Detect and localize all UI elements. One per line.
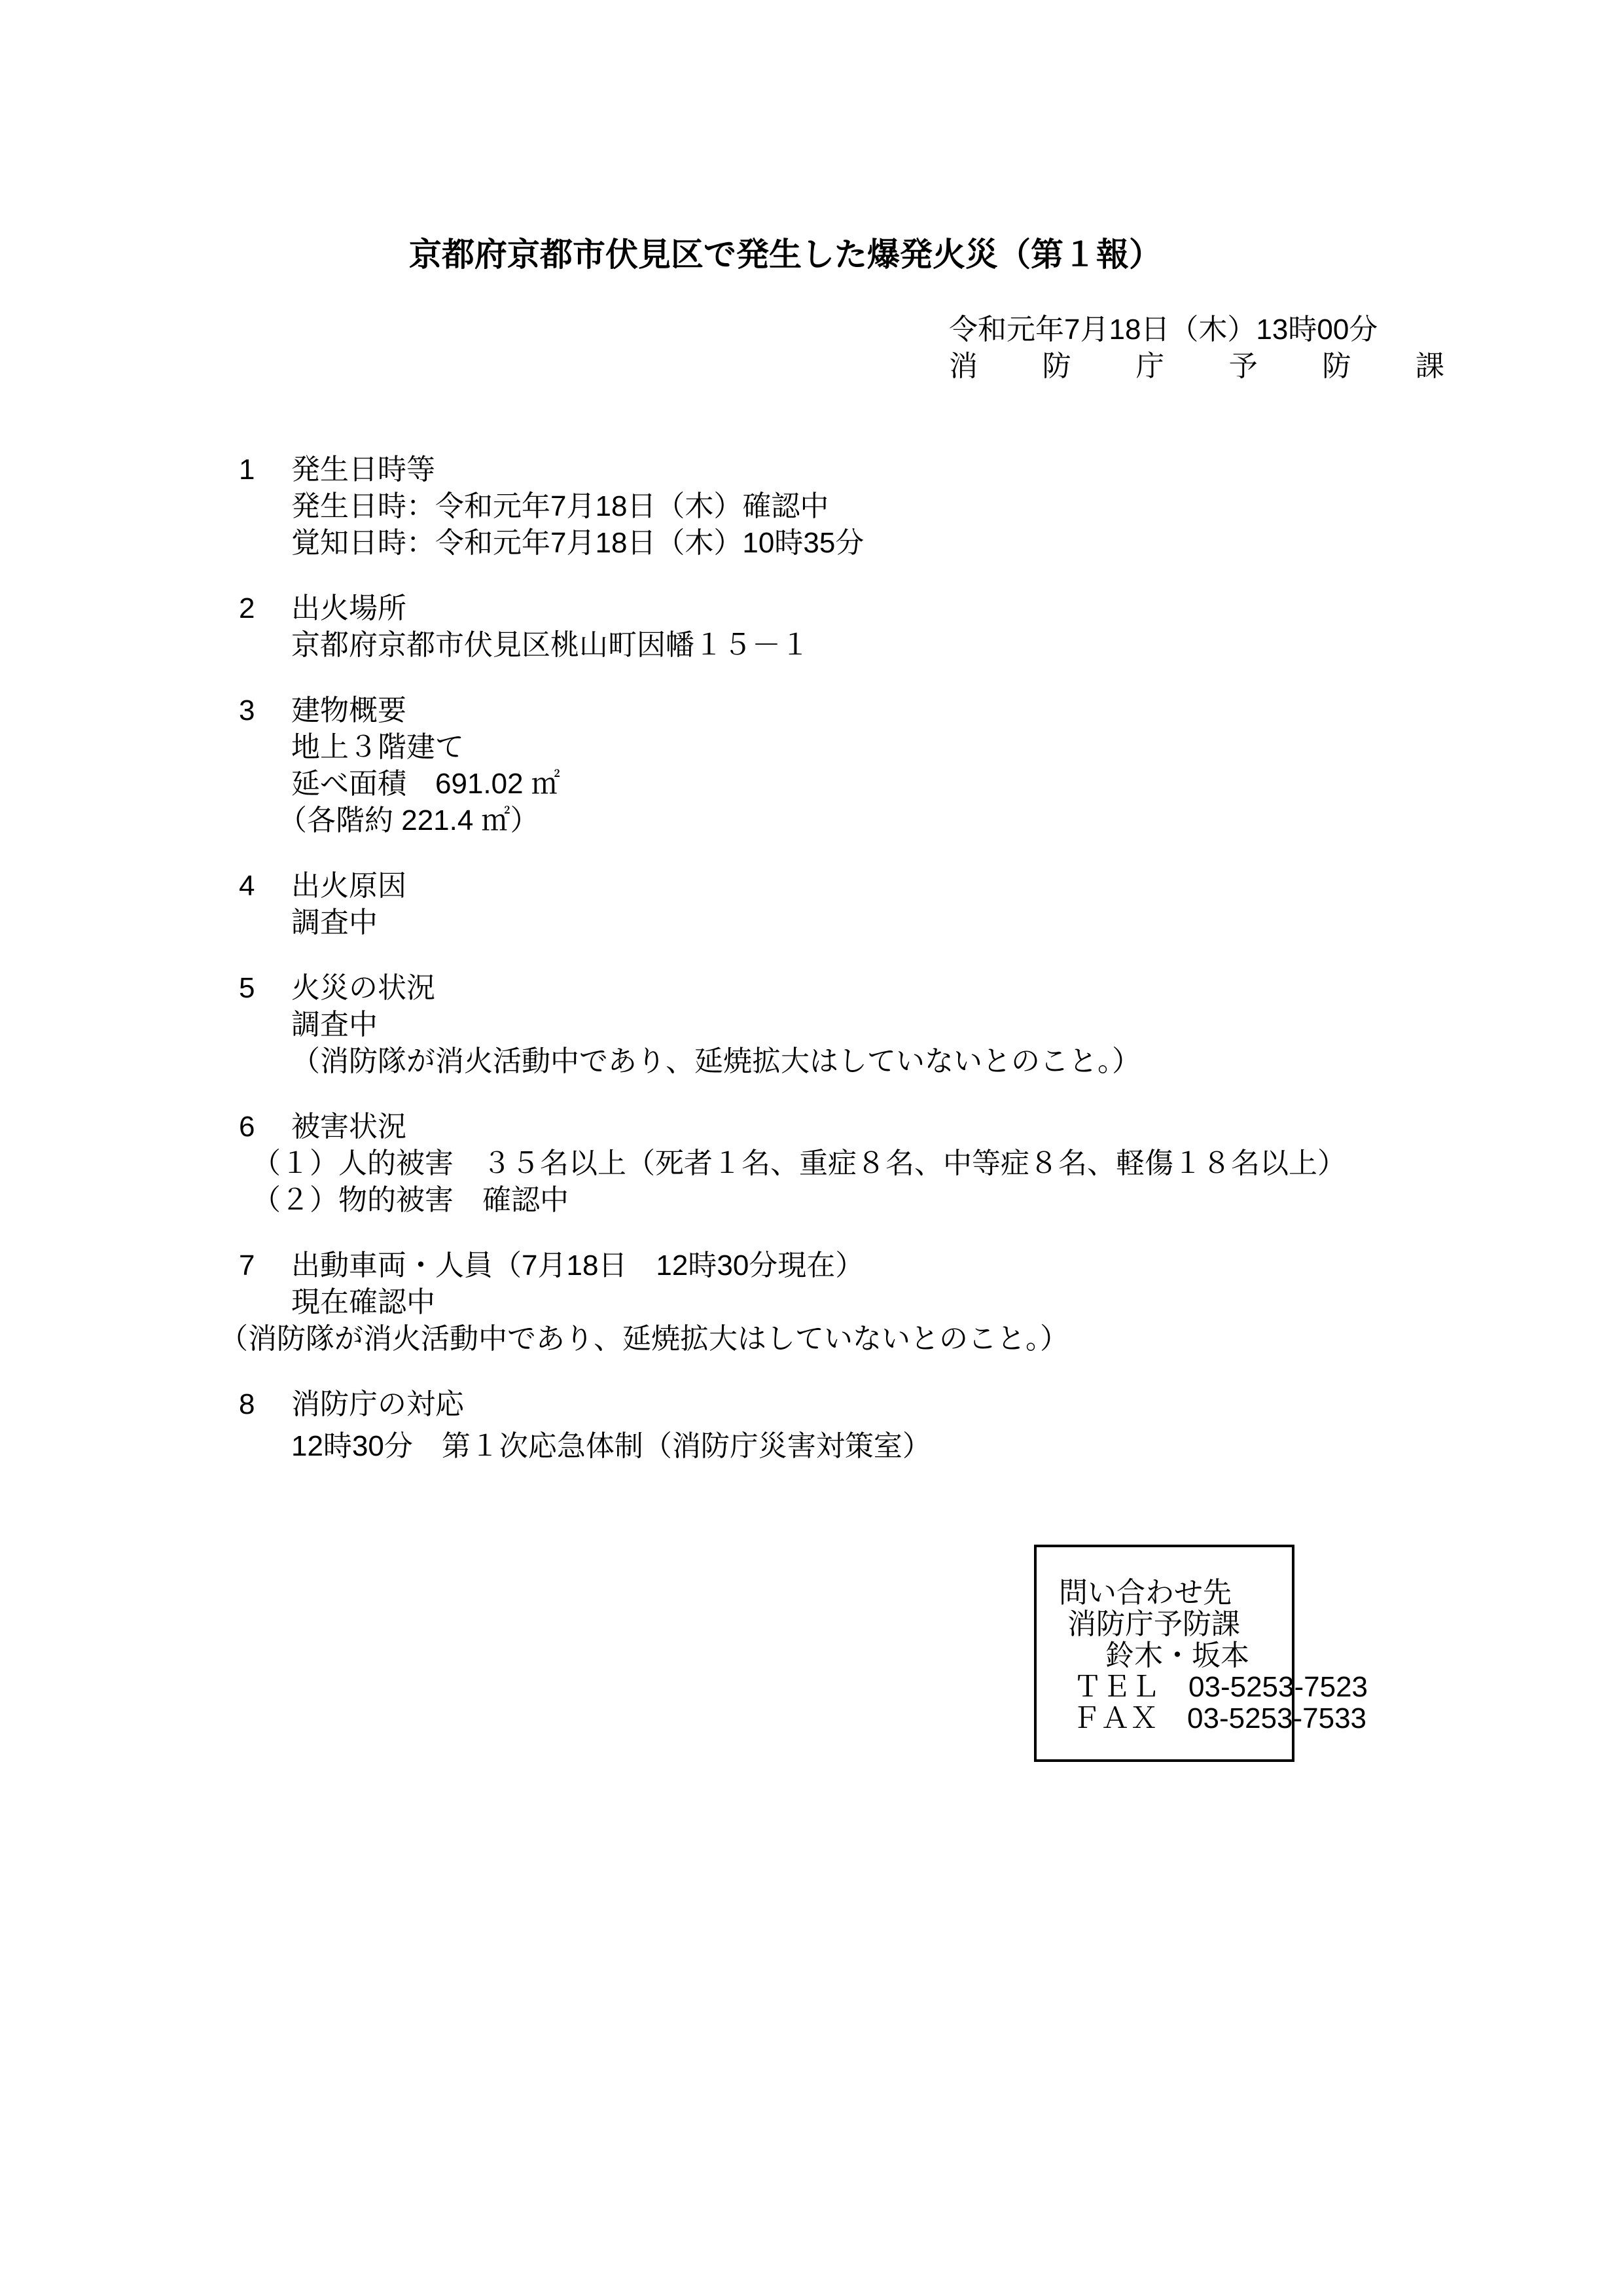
section-line: 延べ面積 691.02 ㎡	[239, 766, 1623, 802]
section-line: （各階約 221.4 ㎡）	[239, 802, 1623, 839]
section-line: 12時30分 第１次応急体制（消防庁災害対策室）	[239, 1428, 1623, 1465]
section-number: 8	[239, 1386, 291, 1423]
section-heading: 8消防庁の対応	[239, 1386, 1623, 1423]
contact-box-line: ＦＡＸ 03-5253-7533	[1059, 1703, 1292, 1734]
section-line: 現在確認中	[239, 1284, 1623, 1321]
section-number: 1	[239, 452, 291, 488]
contact-box-line: 消防庁予防課	[1059, 1609, 1292, 1640]
section-line: 調査中	[239, 1007, 1623, 1043]
section-4: 4出火原因調査中	[239, 868, 1623, 941]
section-5: 5火災の状況調査中（消防隊が消火活動中であり、延焼拡大はしていないとのこと。）	[239, 970, 1623, 1080]
section-number: 4	[239, 868, 291, 905]
section-number: 7	[239, 1247, 291, 1284]
section-2: 2出火場所京都府京都市伏見区桃山町因幡１５－１	[239, 590, 1623, 664]
section-heading: 3建物概要	[239, 692, 1623, 729]
section-line: 発生日時：令和元年7月18日（木）確認中	[239, 488, 1623, 525]
section-line: 覚知日時：令和元年7月18日（木）10時35分	[239, 525, 1623, 562]
section-number: 6	[239, 1109, 291, 1145]
section-heading-label: 建物概要	[291, 694, 406, 726]
section-heading: 5火災の状況	[239, 970, 1623, 1007]
document-title: 京都府京都市伏見区で発生した爆発火災（第１報）	[0, 236, 1623, 274]
issuing-department: 消防庁予防課	[949, 348, 1444, 385]
section-heading-label: 出火原因	[291, 870, 406, 902]
section-line: （１）人的被害 ３５名以上（死者１名、重症８名、中等症８名、軽傷１８名以上）	[239, 1145, 1623, 1182]
contact-box-line: 問い合わせ先	[1059, 1577, 1292, 1609]
section-heading-label: 被害状況	[291, 1111, 406, 1143]
report-sections: 1発生日時等発生日時：令和元年7月18日（木）確認中覚知日時：令和元年7月18日…	[0, 452, 1623, 1465]
document-page: 京都府京都市伏見区で発生した爆発火災（第１報） 令和元年7月18日（木）13時0…	[0, 0, 1623, 2296]
section-1: 1発生日時等発生日時：令和元年7月18日（木）確認中覚知日時：令和元年7月18日…	[239, 452, 1623, 562]
issue-info: 令和元年7月18日（木）13時00分 消防庁予防課	[949, 312, 1446, 385]
section-heading: 1発生日時等	[239, 452, 1623, 488]
section-heading: 7出動車両・人員（7月18日 12時30分現在）	[239, 1247, 1623, 1284]
section-8: 8消防庁の対応12時30分 第１次応急体制（消防庁災害対策室）	[239, 1386, 1623, 1465]
issue-datetime: 令和元年7月18日（木）13時00分	[949, 312, 1446, 348]
contact-box-line: 鈴木・坂本	[1059, 1640, 1292, 1672]
contact-box-line: ＴＥＬ 03-5253-7523	[1059, 1672, 1292, 1703]
section-heading-label: 火災の状況	[291, 972, 435, 1004]
section-heading: 2出火場所	[239, 590, 1623, 627]
contact-box: 問い合わせ先消防庁予防課鈴木・坂本ＴＥＬ 03-5253-7523ＦＡＸ 03-…	[1034, 1545, 1294, 1762]
section-heading-label: 消防庁の対応	[291, 1388, 464, 1420]
section-heading-label: 発生日時等	[291, 454, 435, 486]
section-heading: 4出火原因	[239, 868, 1623, 905]
section-number: 3	[239, 692, 291, 729]
section-number: 2	[239, 590, 291, 627]
section-number: 5	[239, 970, 291, 1007]
section-line: 地上３階建て	[239, 729, 1623, 766]
section-line: 調査中	[239, 905, 1623, 941]
section-3: 3建物概要地上３階建て延べ面積 691.02 ㎡（各階約 221.4 ㎡）	[239, 692, 1623, 839]
section-heading-label: 出火場所	[291, 592, 406, 624]
section-7: 7出動車両・人員（7月18日 12時30分現在）現在確認中（消防隊が消火活動中で…	[239, 1247, 1623, 1357]
section-heading-label: 出動車両・人員（7月18日 12時30分現在）	[291, 1249, 864, 1282]
section-line: 京都府京都市伏見区桃山町因幡１５－１	[239, 627, 1623, 664]
section-line: （２）物的被害 確認中	[239, 1182, 1623, 1219]
section-heading: 6被害状況	[239, 1109, 1623, 1145]
section-line: （消防隊が消火活動中であり、延焼拡大はしていないとのこと。）	[219, 1321, 1623, 1357]
section-6: 6被害状況（１）人的被害 ３５名以上（死者１名、重症８名、中等症８名、軽傷１８名…	[239, 1109, 1623, 1219]
section-line: （消防隊が消火活動中であり、延焼拡大はしていないとのこと。）	[239, 1043, 1623, 1080]
